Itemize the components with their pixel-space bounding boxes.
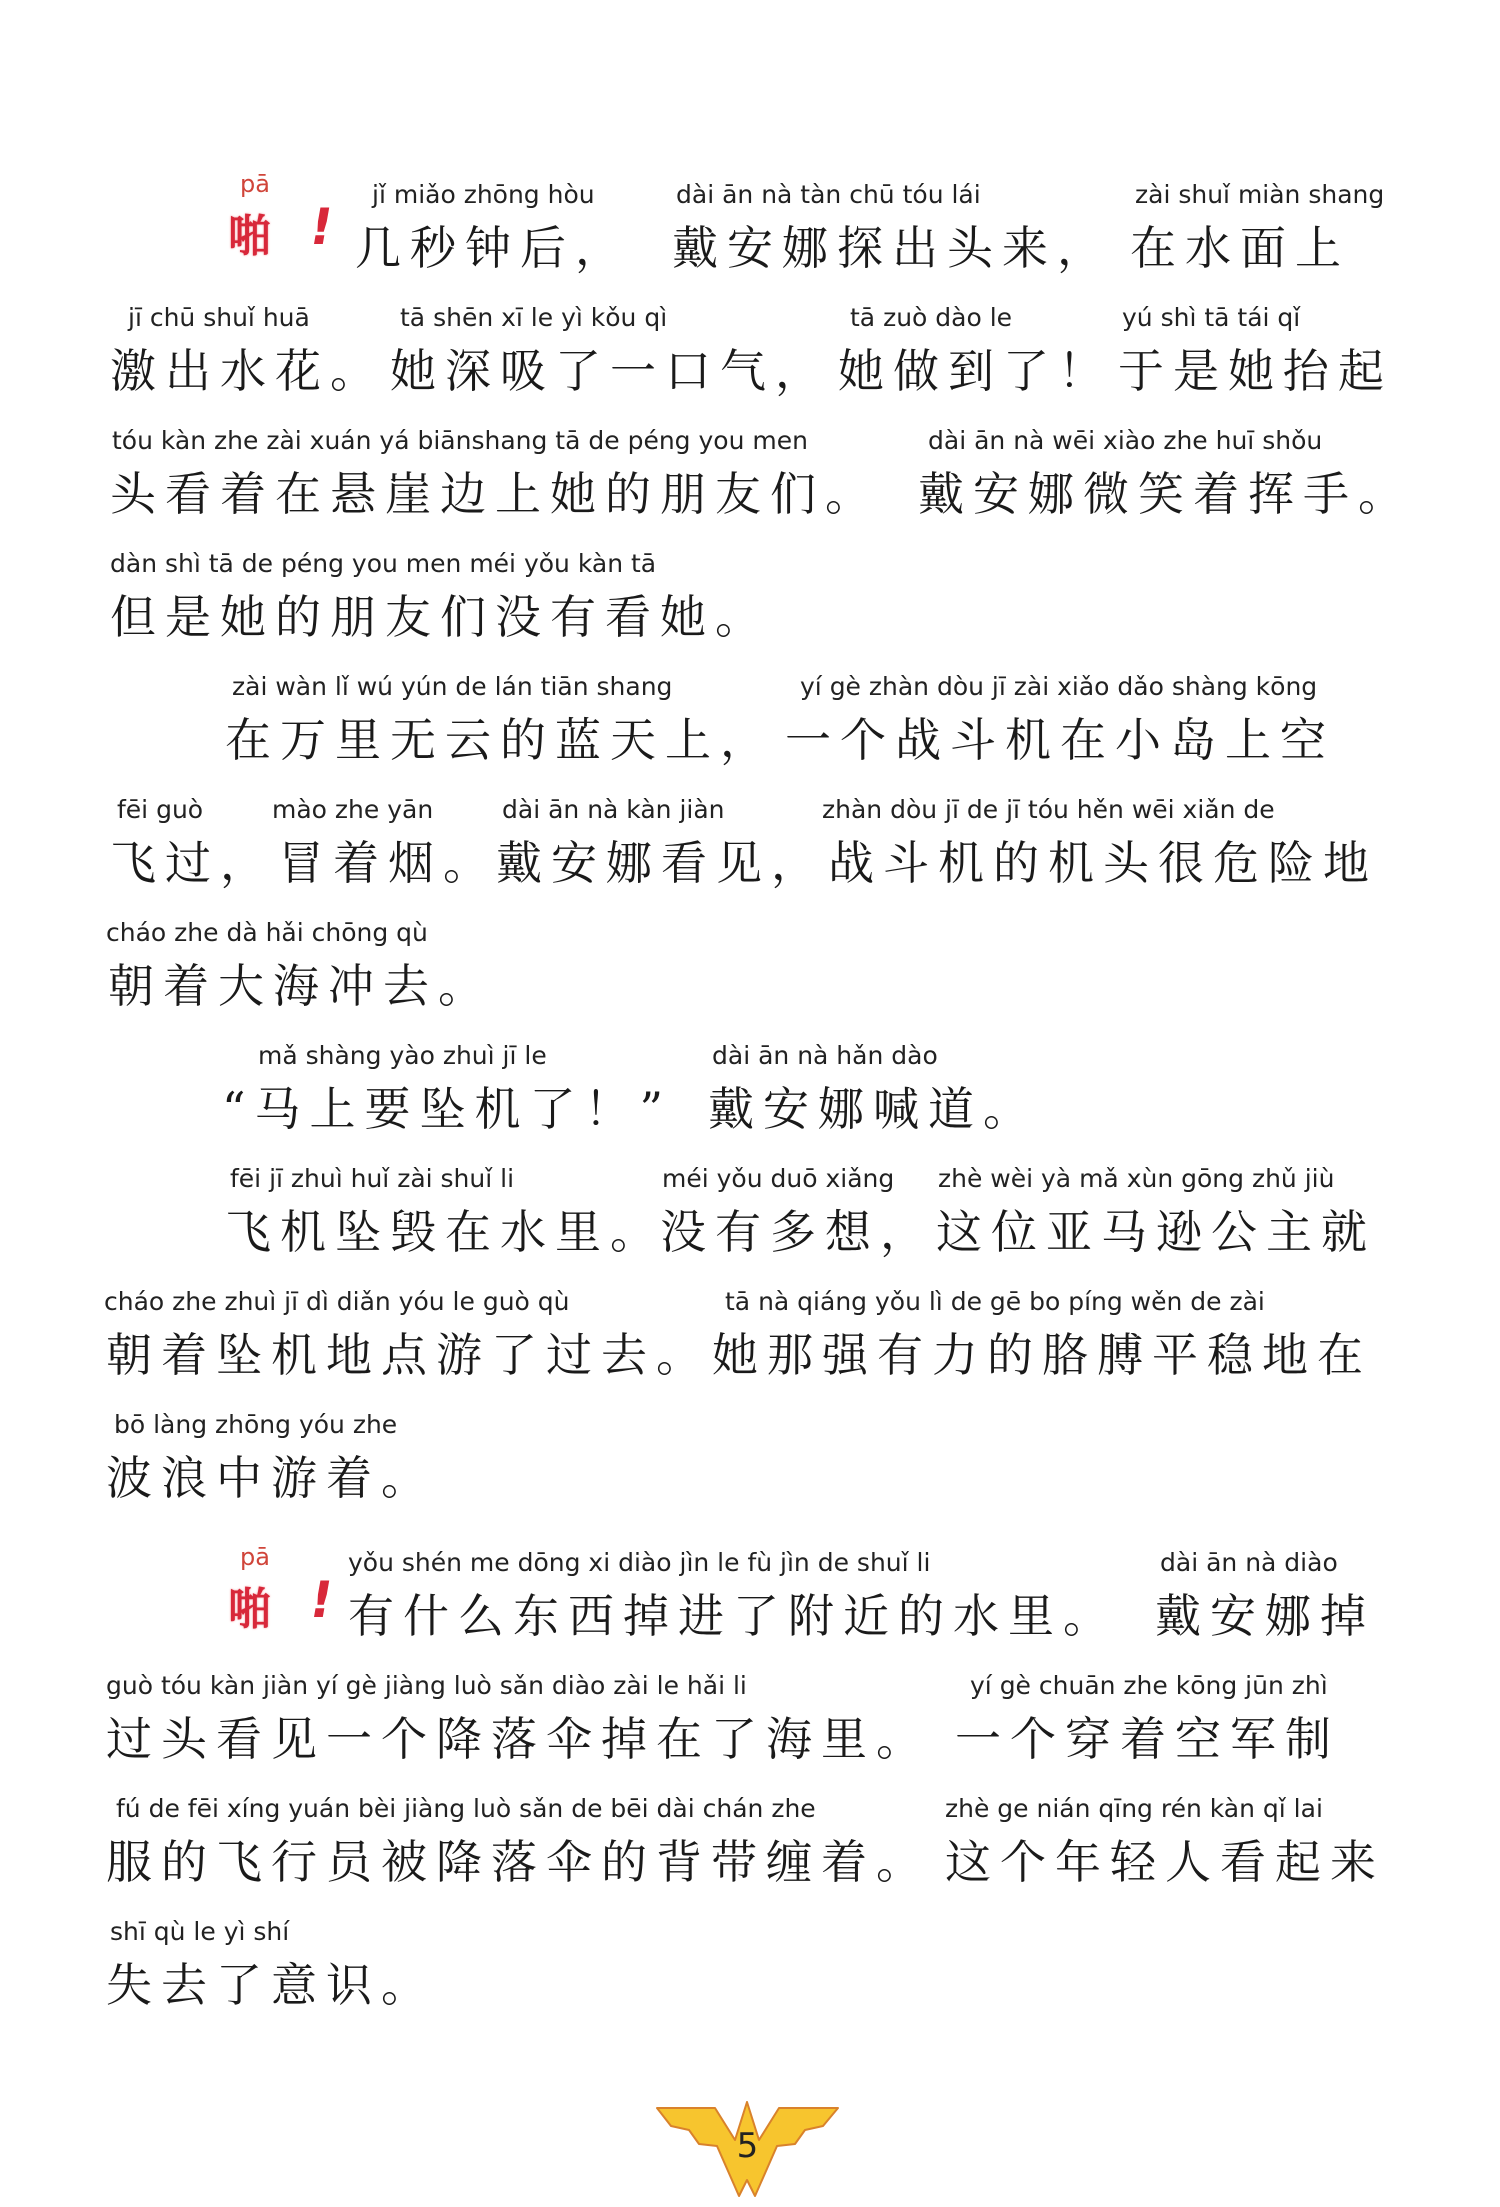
- hanzi: 戴安娜掉: [1155, 1580, 1375, 1646]
- hanzi: “马上要坠机了！”: [222, 1073, 672, 1139]
- hanzi: 战斗机的机头很危险地: [828, 827, 1378, 893]
- hanzi: 一个战斗机在小岛上空: [785, 704, 1335, 770]
- hanzi: 这位亚马逊公主就: [936, 1196, 1376, 1262]
- pinyin: dài ān nà wēi xiào zhe huī shǒu: [928, 426, 1322, 455]
- hanzi: 她做到了！: [838, 335, 1113, 401]
- pinyin: dàn shì tā de péng you men méi yǒu kàn t…: [110, 549, 656, 578]
- hanzi: 戴安娜看见，: [496, 827, 826, 893]
- page-number-emblem: 5: [655, 2100, 840, 2200]
- hanzi: 一个穿着空军制: [955, 1703, 1340, 1769]
- pinyin: tóu kàn zhe zài xuán yá biānshang tā de …: [112, 426, 808, 455]
- text-line: bō làng zhōng yóu zhe 波浪中游着。: [0, 1410, 1500, 1533]
- pinyin: zài wàn lǐ wú yún de lán tiān shang: [232, 672, 672, 701]
- hanzi: 这个年轻人看起来: [945, 1826, 1385, 1892]
- hanzi: 她那强有力的胳膊平稳地在: [712, 1319, 1372, 1385]
- hanzi: 但是她的朋友们没有看她。: [110, 581, 770, 647]
- pinyin: méi yǒu duō xiǎng: [662, 1164, 894, 1193]
- text-line: jī chū shuǐ huā tā shēn xī le yì kǒu qì …: [0, 303, 1500, 426]
- hanzi: 在水面上: [1130, 212, 1350, 278]
- hanzi: 于是她抬起: [1118, 335, 1393, 401]
- hanzi: 激出水花。: [110, 335, 385, 401]
- text-line: fēi guò mào zhe yān dài ān nà kàn jiàn z…: [0, 795, 1500, 918]
- hanzi: 失去了意识。: [106, 1949, 436, 2015]
- hanzi: 没有多想，: [660, 1196, 935, 1262]
- pinyin: shī qù le yì shí: [110, 1917, 289, 1946]
- pinyin: yí gè zhàn dòu jī zài xiǎo dǎo shàng kōn…: [800, 672, 1317, 701]
- pinyin: cháo zhe dà hǎi chōng qù: [106, 918, 428, 947]
- pinyin: jǐ miǎo zhōng hòu: [372, 180, 595, 209]
- pinyin: jī chū shuǐ huā: [128, 303, 310, 332]
- text-line: cháo zhe zhuì jī dì diǎn yóu le guò qù t…: [0, 1287, 1500, 1410]
- pinyin: guò tóu kàn jiàn yí gè jiàng luò sǎn dià…: [106, 1671, 747, 1700]
- pinyin: yú shì tā tái qǐ: [1122, 303, 1300, 332]
- text-line: shī qù le yì shí 失去了意识。: [0, 1917, 1500, 2040]
- text-line: cháo zhe dà hǎi chōng qù 朝着大海冲去。: [0, 918, 1500, 1041]
- pinyin: cháo zhe zhuì jī dì diǎn yóu le guò qù: [104, 1287, 570, 1316]
- hanzi: 朝着大海冲去。: [108, 950, 493, 1016]
- pinyin: tā shēn xī le yì kǒu qì: [400, 303, 667, 332]
- pinyin: bō làng zhōng yóu zhe: [114, 1410, 397, 1439]
- hanzi: 她深吸了一口气，: [390, 335, 830, 401]
- text-line: tóu kàn zhe zài xuán yá biānshang tā de …: [0, 426, 1500, 549]
- text-line: zài wàn lǐ wú yún de lán tiān shang yí g…: [0, 672, 1500, 795]
- page-number: 5: [655, 2126, 840, 2166]
- pinyin: dài ān nà tàn chū tóu lái: [676, 180, 981, 209]
- pinyin: zhè ge nián qīng rén kàn qǐ lai: [945, 1794, 1323, 1823]
- pinyin: zhàn dòu jī de jī tóu hěn wēi xiǎn de: [822, 795, 1275, 824]
- hanzi: 飞过，: [110, 827, 275, 893]
- hanzi: 有什么东西掉进了附近的水里。: [348, 1580, 1118, 1646]
- hanzi: 波浪中游着。: [106, 1442, 436, 1508]
- hanzi: 服的飞行员被降落伞的背带缠着。: [106, 1826, 931, 1892]
- text-line: jǐ miǎo zhōng hòu dài ān nà tàn chū tóu …: [0, 180, 1500, 303]
- hanzi: 戴安娜微笑着挥手。: [918, 458, 1413, 524]
- hanzi: 戴安娜喊道。: [708, 1073, 1038, 1139]
- pinyin: fēi guò: [117, 795, 203, 824]
- pinyin: dài ān nà kàn jiàn: [502, 795, 725, 824]
- pinyin: fú de fēi xíng yuán bèi jiàng luò sǎn de…: [116, 1794, 816, 1823]
- text-line: mǎ shàng yào zhuì jī le dài ān nà hǎn dà…: [0, 1041, 1500, 1164]
- pinyin: mào zhe yān: [272, 795, 433, 824]
- hanzi: 几秒钟后，: [355, 212, 630, 278]
- hanzi: 飞机坠毁在水里。: [225, 1196, 665, 1262]
- pinyin: yǒu shén me dōng xi diào jìn le fù jìn d…: [348, 1548, 930, 1577]
- pinyin: zài shuǐ miàn shang: [1135, 180, 1384, 209]
- pinyin: mǎ shàng yào zhuì jī le: [258, 1041, 547, 1070]
- hanzi: 过头看见一个降落伞掉在了海里。: [106, 1703, 931, 1769]
- hanzi: 在万里无云的蓝天上，: [225, 704, 775, 770]
- hanzi: 头看着在悬崖边上她的朋友们。: [110, 458, 880, 524]
- text-line: fú de fēi xíng yuán bèi jiàng luò sǎn de…: [0, 1794, 1500, 1917]
- text-line: dàn shì tā de péng you men méi yǒu kàn t…: [0, 549, 1500, 672]
- hanzi: 冒着烟。: [278, 827, 498, 893]
- pinyin: yí gè chuān zhe kōng jūn zhì: [970, 1671, 1328, 1700]
- pinyin: zhè wèi yà mǎ xùn gōng zhǔ jiù: [938, 1164, 1334, 1193]
- hanzi: 戴安娜探出头来，: [672, 212, 1112, 278]
- hanzi: 朝着坠机地点游了过去。: [106, 1319, 711, 1385]
- text-line: guò tóu kàn jiàn yí gè jiàng luò sǎn dià…: [0, 1671, 1500, 1794]
- pinyin: fēi jī zhuì huǐ zài shuǐ li: [230, 1164, 514, 1193]
- text-line: yǒu shén me dōng xi diào jìn le fù jìn d…: [0, 1548, 1500, 1671]
- pinyin: tā zuò dào le: [850, 303, 1012, 332]
- pinyin: dài ān nà diào: [1160, 1548, 1338, 1577]
- pinyin: dài ān nà hǎn dào: [712, 1041, 938, 1070]
- text-line: fēi jī zhuì huǐ zài shuǐ li méi yǒu duō …: [0, 1164, 1500, 1287]
- pinyin: tā nà qiáng yǒu lì de gē bo píng wěn de …: [725, 1287, 1265, 1316]
